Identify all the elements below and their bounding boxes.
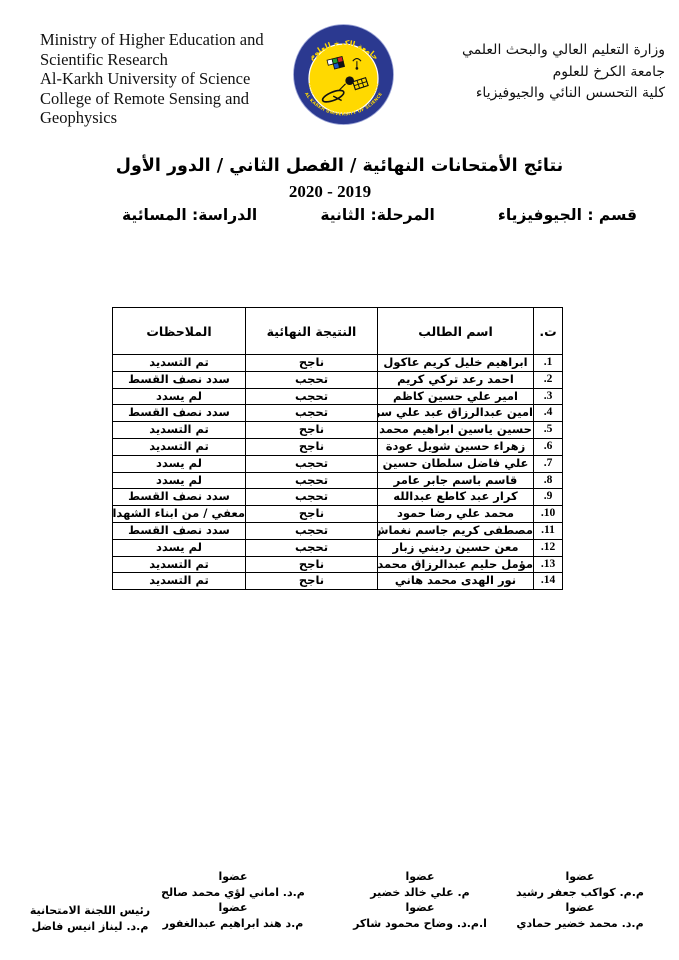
notes-value: تم التسديد bbox=[113, 556, 246, 573]
row-no: 13. bbox=[534, 556, 563, 573]
table-row: 14.نور الهدى محمد هانيناجحتم التسديد bbox=[113, 573, 563, 590]
signature-role: عضوا bbox=[148, 869, 318, 885]
student-name: مصطفى كريم جاسم نغماش bbox=[378, 522, 534, 539]
english-letterhead: Ministry of Higher Education and Scienti… bbox=[40, 30, 302, 128]
table-row: 6.زهراء حسين شويل عودةناجحتم التسديد bbox=[113, 438, 563, 455]
row-no: 3. bbox=[534, 388, 563, 405]
letterhead-line: Geophysics bbox=[40, 108, 302, 128]
student-name: علي فاضل سلطان حسين bbox=[378, 455, 534, 472]
table-header-row: ت. اسم الطالب النتيجة النهائية الملاحظات bbox=[113, 308, 563, 355]
document-page: Ministry of Higher Education and Scienti… bbox=[0, 0, 679, 960]
col-header-result: النتيجة النهائية bbox=[246, 308, 378, 355]
notes-value: تم التسديد bbox=[113, 438, 246, 455]
row-no: 2. bbox=[534, 371, 563, 388]
result-value: ناجح bbox=[246, 438, 378, 455]
table-row: 2.احمد رعد تركي كريمتحجبسدد نصف القسط bbox=[113, 371, 563, 388]
result-value: ناجح bbox=[246, 355, 378, 372]
table-row: 10.محمد علي رضا حمودناجحمعفي / من ابناء … bbox=[113, 506, 563, 523]
signature-role: عضوا bbox=[148, 900, 318, 916]
signature-name: م. علي خالد خضير bbox=[335, 885, 505, 901]
result-value: تحجب bbox=[246, 539, 378, 556]
table-row: 3.امير علي حسين كاظمتحجبلم يسدد bbox=[113, 388, 563, 405]
row-no: 5. bbox=[534, 422, 563, 439]
department-label: قسم : الجيوفيزياء bbox=[498, 206, 637, 224]
table-row: 1.ابراهيم خليل كريم عاكولناجحتم التسديد bbox=[113, 355, 563, 372]
student-name: حسين ياسين ابراهيم محمد bbox=[378, 422, 534, 439]
notes-value: لم يسدد bbox=[113, 455, 246, 472]
notes-value: معفي / من ابناء الشهداء bbox=[113, 506, 246, 523]
result-value: تحجب bbox=[246, 489, 378, 506]
study-label: الدراسة: المسائية bbox=[122, 206, 257, 224]
student-name: نور الهدى محمد هاني bbox=[378, 573, 534, 590]
row-no: 11. bbox=[534, 522, 563, 539]
stage-label: المرحلة: الثانية bbox=[320, 206, 435, 224]
signature-name: م.م. كواكب جعفر رشيد bbox=[495, 885, 665, 901]
row-no: 9. bbox=[534, 489, 563, 506]
notes-value: سدد نصف القسط bbox=[113, 405, 246, 422]
signature-role: عضوا bbox=[495, 900, 665, 916]
student-name: قاسم باسم جابر عامر bbox=[378, 472, 534, 489]
table-row: 11.مصطفى كريم جاسم نغماشتحجبسدد نصف القس… bbox=[113, 522, 563, 539]
col-header-no: ت. bbox=[534, 308, 563, 355]
student-name: كرار عبد كاطع عبدالله bbox=[378, 489, 534, 506]
results-table: ت. اسم الطالب النتيجة النهائية الملاحظات… bbox=[112, 307, 563, 590]
student-name: احمد رعد تركي كريم bbox=[378, 371, 534, 388]
result-value: ناجح bbox=[246, 506, 378, 523]
notes-value: سدد نصف القسط bbox=[113, 371, 246, 388]
notes-value: تم التسديد bbox=[113, 355, 246, 372]
signature-role: عضوا bbox=[335, 869, 505, 885]
result-value: تحجب bbox=[246, 405, 378, 422]
student-name: معن حسين رديني زبار bbox=[378, 539, 534, 556]
signature-role: رئيس اللجنة الامتحانية bbox=[15, 903, 165, 919]
letterhead-line: College of Remote Sensing and bbox=[40, 89, 302, 109]
student-name: امين عبدالرزاق عبد علي سرحان bbox=[378, 405, 534, 422]
student-name: امير علي حسين كاظم bbox=[378, 388, 534, 405]
row-no: 7. bbox=[534, 455, 563, 472]
student-name: محمد علي رضا حمود bbox=[378, 506, 534, 523]
signature-name: ا.م.د. وضاح محمود شاكر bbox=[335, 916, 505, 932]
notes-value: سدد نصف القسط bbox=[113, 522, 246, 539]
letterhead-line: Ministry of Higher Education and bbox=[40, 30, 302, 50]
notes-value: لم يسدد bbox=[113, 472, 246, 489]
row-no: 14. bbox=[534, 573, 563, 590]
signature-block-member-2: عضوا م. علي خالد خضير عضوا ا.م.د. وضاح م… bbox=[335, 869, 505, 931]
result-value: تحجب bbox=[246, 388, 378, 405]
signature-role: عضوا bbox=[335, 900, 505, 916]
table-row: 13.مؤمل حليم عبدالرزاق محمدناجحتم التسدي… bbox=[113, 556, 563, 573]
signature-role: عضوا bbox=[495, 869, 665, 885]
row-no: 8. bbox=[534, 472, 563, 489]
notes-value: تم التسديد bbox=[113, 573, 246, 590]
table-row: 8.قاسم باسم جابر عامرتحجبلم يسدد bbox=[113, 472, 563, 489]
result-value: ناجح bbox=[246, 573, 378, 590]
college-logo: جامعة الكرخ للعلوم REMOTE SENSING & GEOP… bbox=[292, 22, 395, 125]
row-no: 4. bbox=[534, 405, 563, 422]
result-value: تحجب bbox=[246, 455, 378, 472]
document-title: نتائج الأمتحانات النهائية / الفصل الثاني… bbox=[0, 156, 679, 176]
college-logo-icon: جامعة الكرخ للعلوم REMOTE SENSING & GEOP… bbox=[292, 22, 395, 125]
col-header-name: اسم الطالب bbox=[378, 308, 534, 355]
notes-value: تم التسديد bbox=[113, 422, 246, 439]
table-row: 7.علي فاضل سلطان حسينتحجبلم يسدد bbox=[113, 455, 563, 472]
signature-name: م.د هند ابراهيم عبدالغفور bbox=[148, 916, 318, 932]
letterhead-line: Scientific Research bbox=[40, 50, 302, 70]
course-info-line: قسم : الجيوفيزياء المرحلة: الثانية الدرا… bbox=[122, 206, 637, 224]
table-row: 9.كرار عبد كاطع عبداللهتحجبسدد نصف القسط bbox=[113, 489, 563, 506]
letterhead-line: جامعة الكرخ للعلوم bbox=[415, 62, 665, 84]
student-name: ابراهيم خليل كريم عاكول bbox=[378, 355, 534, 372]
result-value: ناجح bbox=[246, 556, 378, 573]
notes-value: سدد نصف القسط bbox=[113, 489, 246, 506]
notes-value: لم يسدد bbox=[113, 388, 246, 405]
result-value: تحجب bbox=[246, 522, 378, 539]
letterhead-line: كلية التحسس النائي والجيوفيزياء bbox=[415, 83, 665, 105]
result-value: ناجح bbox=[246, 422, 378, 439]
result-value: تحجب bbox=[246, 472, 378, 489]
table-row: 5.حسين ياسين ابراهيم محمدناجحتم التسديد bbox=[113, 422, 563, 439]
row-no: 10. bbox=[534, 506, 563, 523]
row-no: 12. bbox=[534, 539, 563, 556]
arabic-letterhead: وزارة التعليم العالي والبحث العلمي جامعة… bbox=[415, 40, 665, 105]
letterhead-line: وزارة التعليم العالي والبحث العلمي bbox=[415, 40, 665, 62]
letterhead-line: Al-Karkh University of Science bbox=[40, 69, 302, 89]
student-name: زهراء حسين شويل عودة bbox=[378, 438, 534, 455]
notes-value: لم يسدد bbox=[113, 539, 246, 556]
table-row: 4.امين عبدالرزاق عبد علي سرحانتحجبسدد نص… bbox=[113, 405, 563, 422]
result-value: تحجب bbox=[246, 371, 378, 388]
academic-year: 2019 - 2020 bbox=[0, 182, 660, 202]
table-row: 12.معن حسين رديني زبارتحجبلم يسدد bbox=[113, 539, 563, 556]
row-no: 6. bbox=[534, 438, 563, 455]
signature-name: م.د. اماني لؤي محمد صالح bbox=[148, 885, 318, 901]
signature-block-chairman: رئيس اللجنة الامتحانية م.د. ليناز انيس ف… bbox=[15, 903, 165, 934]
signature-block-member-3: عضوا م.د. اماني لؤي محمد صالح عضوا م.د ه… bbox=[148, 869, 318, 931]
student-name: مؤمل حليم عبدالرزاق محمد bbox=[378, 556, 534, 573]
signature-name: م.د. ليناز انيس فاضل bbox=[15, 919, 165, 935]
signature-block-member-1: عضوا م.م. كواكب جعفر رشيد عضوا م.د. محمد… bbox=[495, 869, 665, 931]
col-header-notes: الملاحظات bbox=[113, 308, 246, 355]
row-no: 1. bbox=[534, 355, 563, 372]
signature-name: م.د. محمد خضير حمادي bbox=[495, 916, 665, 932]
